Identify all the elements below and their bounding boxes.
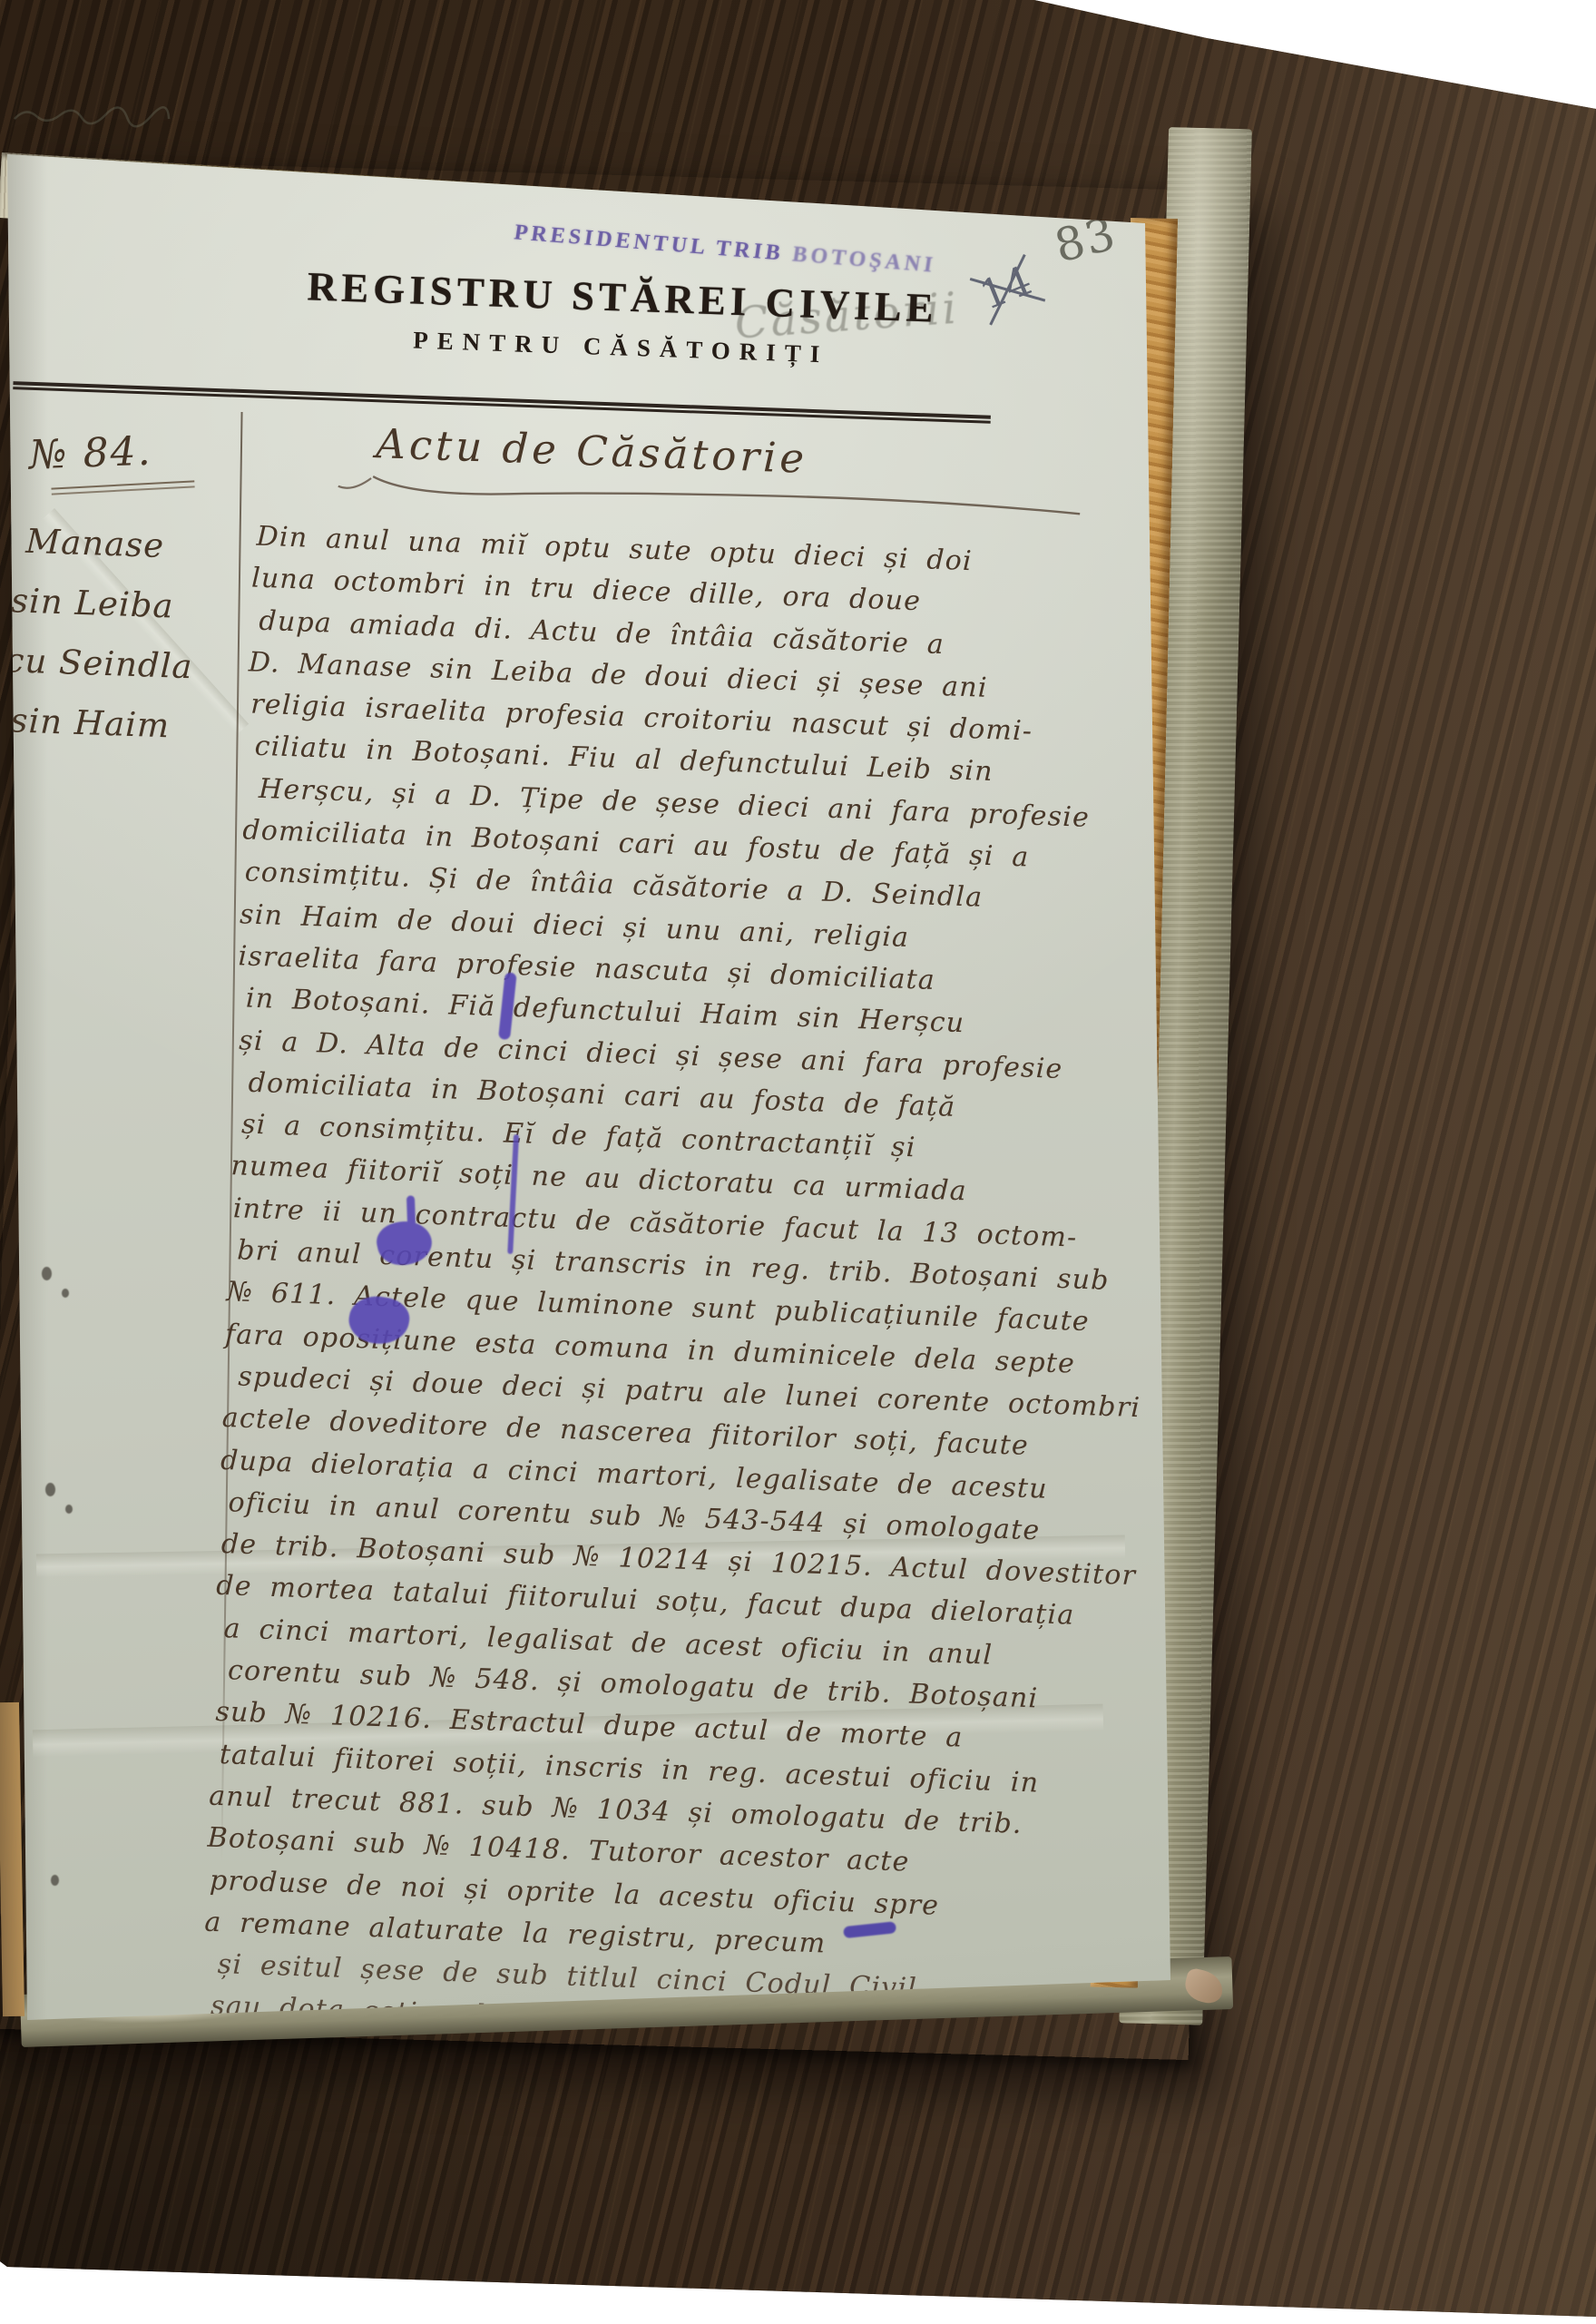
stamp-text-faded: BOTOŞANI (782, 242, 938, 278)
photo-of-registry-book: PRESIDENTUL TRIB BOTOŞANI 83 14 Căsători… (0, 0, 1596, 2324)
margin-column: № 84. Manasesin Leibacu Seindlasin Haim (18, 426, 227, 758)
margin-name: cu Seindla (5, 631, 220, 698)
act-number-flourish (51, 480, 194, 495)
tribunal-president-stamp: PRESIDENTUL TRIB BOTOŞANI (513, 221, 933, 278)
margin-names: Manasesin Leibacu Seindlasin Haim (18, 512, 224, 758)
margin-name: sin Leiba (10, 571, 222, 638)
printed-header: REGISTRU STĂREI CIVILE PENTRU CĂSĂTORIȚI (220, 260, 1024, 376)
act-body-lines: Din anul una miĭ optu sute optu dieci și… (201, 516, 1131, 2058)
margin-name: sin Haim (9, 691, 218, 758)
page-content: PRESIDENTUL TRIB BOTOŞANI 83 14 Căsători… (0, 136, 1168, 2090)
act-text-column: Actu de Căsătorie Din anul una miĭ optu … (201, 416, 1134, 2058)
act-number: № 84. (28, 426, 228, 479)
margin-name: Manase (24, 512, 224, 579)
faint-pencil-scribble (10, 101, 171, 137)
header-double-rule (13, 381, 991, 424)
stamp-text: PRESIDENTUL TRIB (513, 221, 786, 265)
